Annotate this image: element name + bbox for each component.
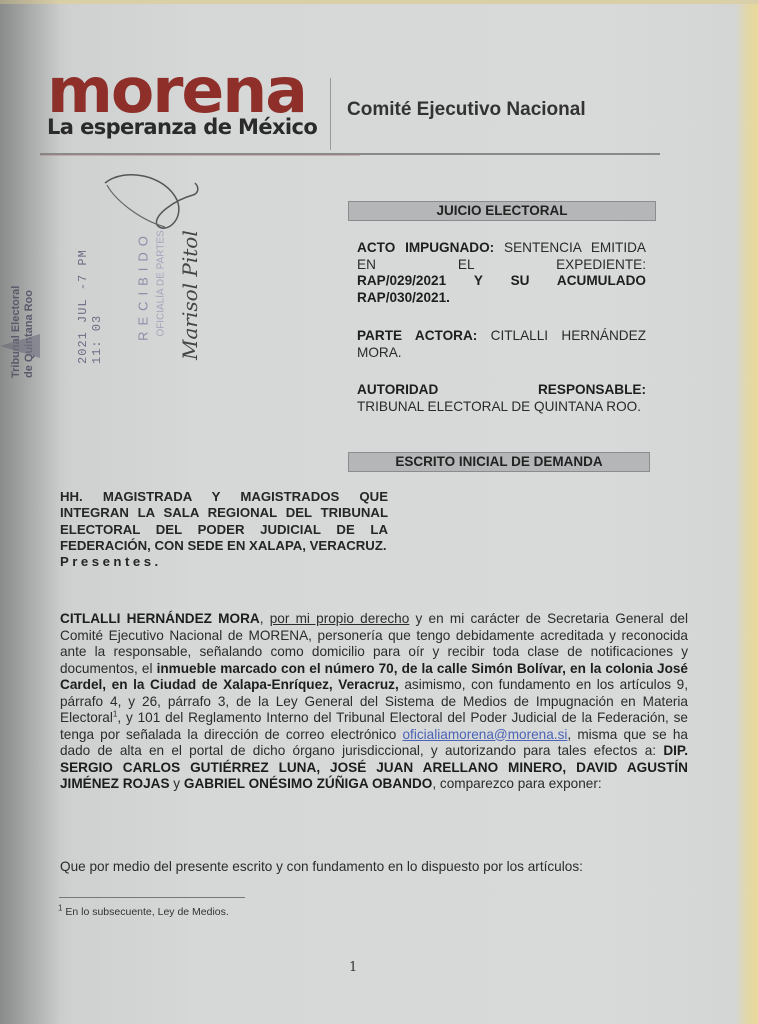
footnote-text: En lo subsecuente, Ley de Medios.	[62, 906, 228, 918]
que-line: Que por medio del presente escrito y con…	[60, 859, 583, 874]
paper-edge	[0, 0, 758, 4]
header-divider	[330, 78, 331, 150]
autoridad-text: TRIBUNAL ELECTORAL DE QUINTANA ROO.	[357, 399, 646, 416]
organization-name: Comité Ejecutivo Nacional	[347, 99, 586, 121]
acto-label: ACTO IMPUGNADO:	[357, 240, 494, 255]
morena-logo: morena La esperanza de México	[47, 63, 327, 139]
body-text-5: , comparezco para exponer:	[432, 776, 601, 791]
addressee-greeting: Presentes.	[60, 554, 388, 570]
acto-impugnado: ACTO IMPUGNADO: SENTENCIA EMITIDA EN EL …	[357, 240, 646, 306]
punct: ,	[260, 611, 264, 626]
logo-wordmark: morena	[47, 63, 333, 119]
own-right-phrase: por mi propio derecho	[270, 611, 410, 626]
stamp-received-datetime: 2021 JUL -7 PM 11: 03	[76, 224, 104, 364]
addressee-text: HH. MAGISTRADA Y MAGISTRADOS QUE INTEGRA…	[60, 489, 388, 554]
parte-actora: PARTE ACTORA: CITLALLI HERNÁNDEZ MORA.	[357, 328, 646, 361]
section-title-box: ESCRITO INICIAL DE DEMANDA	[348, 452, 650, 472]
acto-expediente: RAP/029/2021 Y SU ACUMULADO RAP/030/2021…	[357, 273, 646, 305]
parte-label: PARTE ACTORA:	[357, 328, 477, 343]
actor-name: CITLALLI HERNÁNDEZ MORA	[60, 611, 260, 626]
signature-icon	[95, 165, 205, 245]
addressee-block: HH. MAGISTRADA Y MAGISTRADOS QUE INTEGRA…	[60, 489, 388, 570]
tribunal-emblem-icon	[0, 334, 40, 358]
conjunction: y	[170, 776, 184, 791]
authorized-person-last: GABRIEL ONÉSIMO ZÚÑIGA OBANDO	[184, 776, 432, 791]
autoridad-responsable: AUTORIDAD RESPONSABLE: TRIBUNAL ELECTORA…	[357, 382, 646, 415]
autoridad-label: AUTORIDAD RESPONSABLE:	[357, 382, 646, 397]
footnote-rule	[59, 897, 245, 898]
case-type-box: JUICIO ELECTORAL	[348, 201, 656, 221]
document-page: morena La esperanza de México Comité Eje…	[0, 0, 758, 1024]
header-rule-accent	[40, 155, 360, 156]
email-link[interactable]: oficialiamorena@morena.si	[402, 727, 567, 742]
footnote: 1 En lo subsecuente, Ley de Medios.	[58, 906, 229, 918]
body-paragraph: CITLALLI HERNÁNDEZ MORA, por mi propio d…	[60, 611, 688, 793]
page-number: 1	[349, 960, 357, 975]
